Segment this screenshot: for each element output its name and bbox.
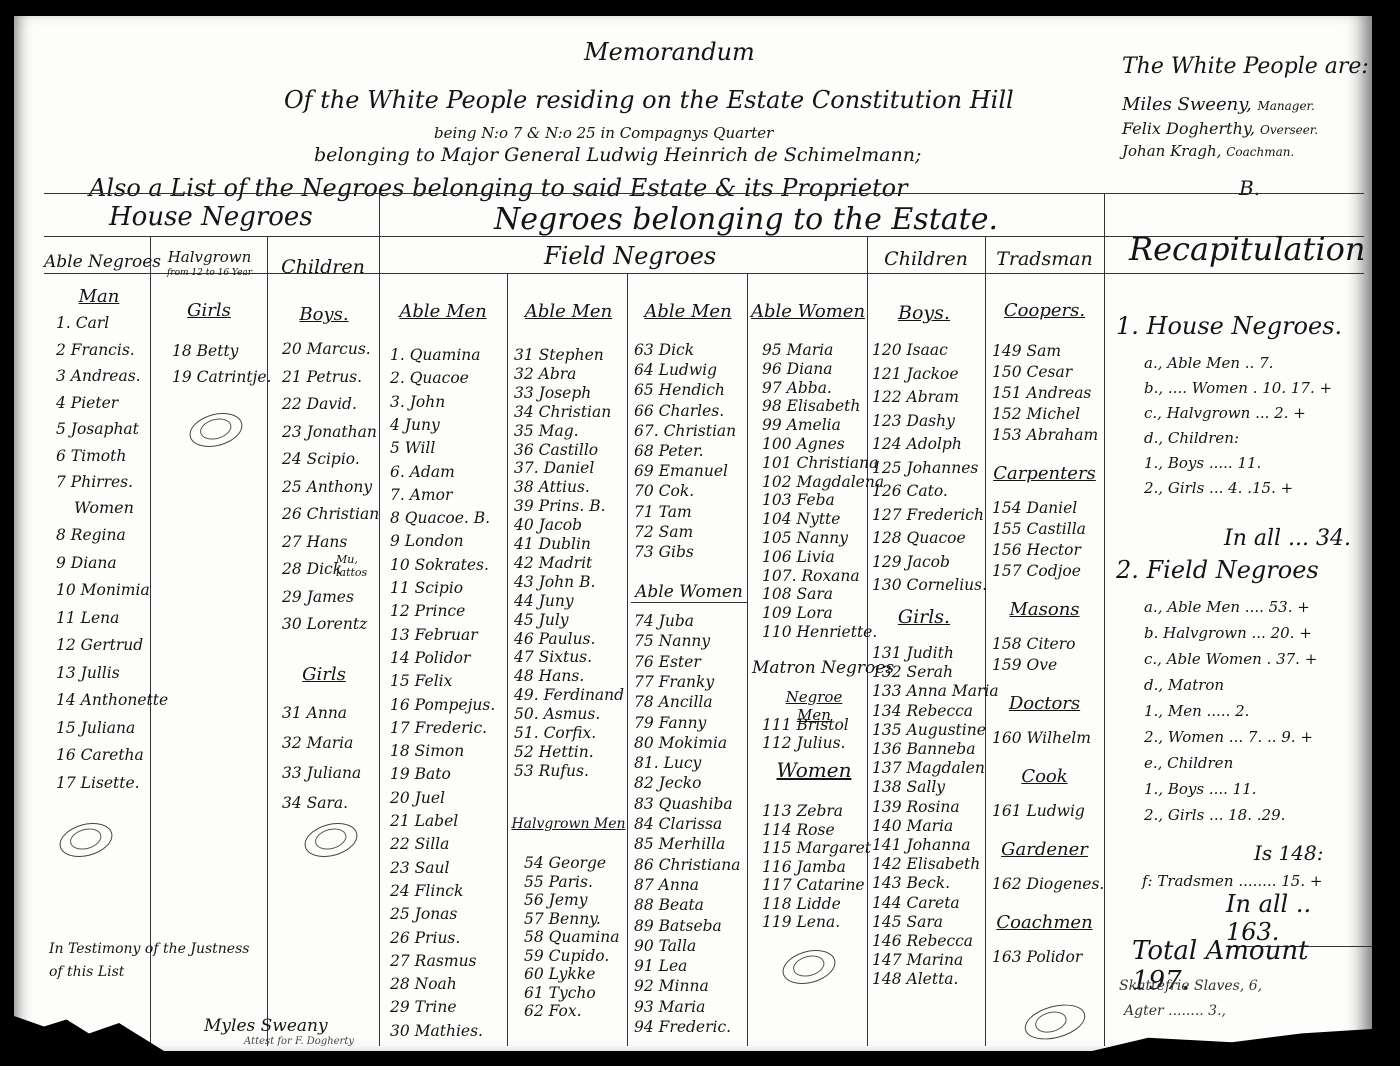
list-item: 33 Juliana (282, 766, 361, 782)
list-item: 7. Amor (390, 488, 452, 504)
list-item: 144 Careta (872, 896, 960, 912)
rule (627, 273, 628, 1046)
list-item: 98 Elisabeth (762, 399, 860, 415)
list-item: 45 July (514, 613, 569, 629)
section-tradsman: Tradsman (985, 248, 1104, 270)
list-item: 13 Jullis (56, 666, 120, 682)
list-item: 35 Mag. (514, 424, 579, 440)
recap-line: a., Able Men .. 7. (1144, 356, 1273, 371)
list-item: 20 Marcus. (282, 342, 371, 358)
list-item: 154 Daniel (992, 501, 1077, 517)
recap-house-total: In all ... 34. (1224, 526, 1351, 551)
list-item: 15 Juliana (56, 721, 135, 737)
list-item: 152 Michel (992, 407, 1080, 423)
list-item: 126 Cato. (872, 484, 948, 500)
recap-field-title: 2. Field Negroes (1116, 556, 1319, 584)
list-item: 21 Label (390, 814, 458, 830)
list-item: 36 Castillo (514, 443, 598, 459)
list-item: 79 Fanny (634, 716, 706, 732)
list-item: 34 Sara. (282, 796, 348, 812)
list-item: 74 Juba (634, 614, 694, 630)
list-item: 32 Abra (514, 367, 576, 383)
white-people-list: Miles Sweeny, Manager. Felix Dogherthy, … (1122, 94, 1318, 160)
list-item: 51. Corfix. (514, 726, 596, 742)
signature-attest: Attest for F. Dogherty (244, 1036, 354, 1047)
list-item: 108 Sara (762, 587, 833, 603)
list-item: 141 Johanna (872, 838, 971, 854)
list-item: 142 Elisabeth (872, 857, 980, 873)
rule (1104, 273, 1364, 274)
list-item: 97 Abba. (762, 381, 832, 397)
trade-group-title: Coopers. (992, 300, 1097, 321)
list-item: 5 Will (390, 441, 435, 457)
list-item: 95 Maria (762, 343, 833, 359)
list-item: 29 James (282, 590, 354, 606)
list-item: 18 Betty (172, 344, 238, 360)
subhead-estate-girls: Girls. (869, 606, 979, 628)
list-item: 104 Nytte (762, 512, 840, 528)
recap-field-total: Is 148: (1254, 841, 1323, 865)
list-item: 56 Jemy (524, 893, 588, 909)
list-item: 53 Rufus. (514, 764, 589, 780)
list-item: 14 Anthonette (56, 693, 168, 709)
col-head-halfgrown-age: from 12 to 16 Year (152, 268, 267, 278)
list-item: 101 Christiana (762, 456, 878, 472)
list-item: 125 Johannes (872, 461, 978, 477)
list-item: 113 Zebra (762, 804, 843, 820)
list-item: 72 Sam (634, 525, 693, 541)
col-head-able-men-2: Able Men (510, 301, 627, 322)
recap-house-title: 1. House Negroes. (1116, 312, 1342, 340)
white-people-title: The White People are: (1122, 54, 1369, 79)
list-item: 16 Pompejus. (390, 698, 495, 714)
list-item: 140 Maria (872, 819, 953, 835)
recap-line: d., Children: (1144, 431, 1239, 446)
list-item: 107. Roxana (762, 569, 860, 585)
list-item: 58 Quamina (524, 930, 619, 946)
list-item: 33 Joseph (514, 386, 591, 402)
list-item: 151 Andreas (992, 386, 1091, 402)
section-estate-children: Children (867, 248, 985, 270)
trade-group-title: Cook (992, 766, 1097, 787)
white-person: Miles Sweeny, Manager. (1122, 94, 1318, 115)
recap-line: 2., Girls ... 18. .29. (1144, 808, 1285, 823)
recap-tradsmen: f: Tradsmen ........ 15. + (1142, 874, 1322, 889)
list-item: 65 Hendich (634, 383, 725, 399)
list-item: 4 Pieter (56, 396, 118, 412)
list-item: 155 Castilla (992, 522, 1086, 538)
recap-note-1: Skattefrie Slaves, 6, (1119, 978, 1262, 994)
list-item: 124 Adolph (872, 437, 962, 453)
list-item: 60 Lykke (524, 967, 595, 983)
subhead-halfgrown-men: Halvgrown Men (510, 816, 627, 832)
list-item: 128 Quacoe (872, 531, 966, 547)
list-item: 160 Wilhelm (992, 731, 1091, 747)
rule (747, 273, 748, 1046)
list-item: 134 Rebecca (872, 704, 973, 720)
list-item: 26 Christian (282, 507, 379, 523)
list-item: 83 Quashiba (634, 797, 733, 813)
subhead-boys: Boys. (279, 304, 369, 325)
list-item: 68 Peter. (634, 444, 704, 460)
subhead-estate-boys: Boys. (869, 302, 979, 324)
col-head-halfgrown: Halvgrown (152, 248, 267, 266)
recap-line: 1., Men ..... 2. (1144, 704, 1249, 719)
list-item: 7 Phirres. (56, 475, 133, 491)
list-item: 10 Sokrates. (390, 558, 489, 574)
list-item: 62 Fox. (524, 1004, 582, 1020)
list-item: 4 Juny (390, 418, 440, 434)
list-item: 89 Batseba (634, 919, 722, 935)
list-item: 29 Trine (390, 1000, 457, 1016)
list-item: 64 Ludwig (634, 363, 717, 379)
list-item: 16 Caretha (56, 748, 144, 764)
rule (867, 236, 868, 1046)
list-item: 158 Citero (992, 637, 1075, 653)
list-item: 127 Frederich (872, 508, 984, 524)
recap-line: c., Halvgrown ... 2. + (1144, 406, 1306, 421)
list-item: 59 Cupido. (524, 949, 609, 965)
recap-line: e., Children (1144, 756, 1233, 771)
list-item: 28 Dick (282, 562, 342, 578)
list-item: 55 Paris. (524, 875, 593, 891)
list-item: 122 Abram (872, 390, 959, 406)
header-line-3: belonging to Major General Ludwig Heinri… (314, 144, 921, 166)
recap-line: 2., Girls ... 4. .15. + (1144, 481, 1293, 496)
list-item: 119 Lena. (762, 915, 840, 931)
flourish-mark (1021, 999, 1089, 1046)
list-item: 54 George (524, 856, 606, 872)
list-item: 118 Lidde (762, 897, 841, 913)
list-item: 28 Noah (390, 977, 457, 993)
recap-line: 1., Boys ..... 11. (1144, 456, 1261, 471)
list-item: 91 Lea (634, 959, 687, 975)
list-item: 1. Carl (56, 316, 109, 332)
section-house-negroes: House Negroes (109, 202, 313, 232)
list-item: 46 Paulus. (514, 632, 595, 648)
list-item: 47 Sixtus. (514, 650, 592, 666)
list-item: 63 Dick (634, 343, 694, 359)
document-page: Memorandum Of the White People residing … (14, 16, 1372, 1051)
mulatto-note: Mu, lattos (336, 553, 372, 579)
subhead-women: Women (769, 758, 859, 782)
list-item: 88 Beata (634, 898, 704, 914)
list-item: 11 Lena (56, 611, 119, 627)
list-item: 14 Polidor (390, 651, 470, 667)
list-item: 80 Mokimia (634, 736, 727, 752)
list-item: 17 Frederic. (390, 721, 487, 737)
list-item: 149 Sam (992, 344, 1061, 360)
rule (507, 273, 508, 1046)
list-item: 150 Cesar (992, 365, 1072, 381)
signature: Myles Sweany (204, 1016, 328, 1036)
recap-line: 2., Women ... 7. .. 9. + (1144, 730, 1313, 745)
recap-line: b. Halvgrown ... 20. + (1144, 626, 1312, 641)
section-estate-negroes: Negroes belonging to the Estate. (494, 202, 998, 237)
list-item: 49. Ferdinand (514, 688, 624, 704)
list-item: 85 Merhilla (634, 837, 725, 853)
list-item: 31 Stephen (514, 348, 604, 364)
list-item: 61 Tycho (524, 986, 596, 1002)
rule (985, 236, 986, 1046)
header-line-4: Also a List of the Negroes belonging to … (89, 174, 908, 202)
list-item: 135 Augustine (872, 723, 986, 739)
rule (1104, 193, 1105, 1046)
list-item: 6 Timoth (56, 449, 126, 465)
list-item: 131 Judith (872, 646, 954, 662)
trade-group-title: Masons (992, 599, 1097, 620)
list-item: 5 Josaphat (56, 422, 139, 438)
list-item: 27 Rasmus (390, 954, 477, 970)
list-item: 159 Ove (992, 658, 1057, 674)
list-item: 30 Mathies. (390, 1024, 483, 1040)
header-line-1: Of the White People residing on the Esta… (284, 86, 1014, 114)
flourish-mark (301, 818, 361, 863)
trade-group-title: Carpenters (992, 463, 1097, 484)
list-item: 8 Regina (56, 528, 126, 544)
list-item: 76 Ester (634, 655, 701, 671)
memorandum-title: Memorandum (584, 38, 755, 66)
list-item: 50. Asmus. (514, 707, 600, 723)
list-item: 102 Magdalena (762, 475, 884, 491)
list-item: 84 Clarissa (634, 817, 722, 833)
list-item: 42 Madrit (514, 556, 592, 572)
list-item: 2 Francis. (56, 343, 135, 359)
list-item: 109 Lora (762, 606, 833, 622)
list-item: 157 Codjoe (992, 564, 1081, 580)
list-item: 66 Charles. (634, 404, 724, 420)
list-item: 111 Bristol (762, 718, 849, 734)
list-item: 24 Scipio. (282, 452, 360, 468)
recap-line: b., .... Women . 10. 17. + (1144, 381, 1332, 396)
rule (379, 193, 380, 1046)
subhead-women: Women (74, 498, 134, 517)
list-item: 22 Silla (390, 837, 449, 853)
list-item: 100 Agnes (762, 437, 845, 453)
list-item: 11 Scipio (390, 581, 463, 597)
list-item: 75 Nanny (634, 634, 710, 650)
list-item: 156 Hector (992, 543, 1081, 559)
list-item: 143 Beck. (872, 876, 950, 892)
list-item: 129 Jacob (872, 555, 950, 571)
rule (374, 273, 1104, 274)
list-item: 136 Banneba (872, 742, 975, 758)
list-item: 43 John B. (514, 575, 595, 591)
list-item: 103 Feba (762, 493, 835, 509)
list-item: 34 Christian (514, 405, 611, 421)
col-head-house-children: Children (267, 256, 379, 278)
list-item: 32 Maria (282, 736, 353, 752)
list-item: 2. Quacoe (390, 371, 469, 387)
rule (267, 236, 268, 1046)
list-item: 133 Anna Maria (872, 684, 999, 700)
list-item: 9 London (390, 534, 464, 550)
list-item: 18 Simon (390, 744, 464, 760)
list-item: 31 Anna (282, 706, 347, 722)
recap-note-2: Agter ........ 3., (1124, 1003, 1226, 1019)
list-item: 145 Sara (872, 915, 943, 931)
list-item: 120 Isaac (872, 343, 948, 359)
list-item: 30 Lorentz (282, 617, 367, 633)
recap-line: c., Able Women . 37. + (1144, 652, 1317, 667)
list-item: 110 Henriette. (762, 625, 877, 641)
subhead-able-women: Able Women (631, 582, 747, 603)
list-item: 138 Sally (872, 780, 945, 796)
list-item: 67. Christian (634, 424, 736, 440)
list-item: 73 Gibs (634, 545, 694, 561)
list-item: 57 Benny. (524, 912, 601, 928)
list-item: 139 Rosina (872, 800, 960, 816)
recap-line: d., Matron (1144, 678, 1224, 693)
list-item: 25 Jonas (390, 907, 457, 923)
subhead-girls: Girls (164, 300, 254, 321)
list-item: 10 Monimia (56, 583, 150, 599)
white-person: Felix Dogherthy, Overseer. (1122, 119, 1318, 138)
trade-group-title: Coachmen (992, 912, 1097, 933)
list-item: 123 Dashy (872, 414, 955, 430)
trade-group-title: Gardener (992, 839, 1097, 860)
list-item: 15 Felix (390, 674, 452, 690)
list-item: 117 Catarine (762, 878, 865, 894)
list-item: 112 Julius. (762, 736, 846, 752)
list-item: 132 Serah (872, 665, 953, 681)
subhead-man: Man (54, 286, 144, 307)
list-item: 12 Gertrud (56, 638, 143, 654)
list-item: 3. John (390, 395, 445, 411)
list-item: 87 Anna (634, 878, 699, 894)
list-item: 19 Bato (390, 767, 451, 783)
list-item: 114 Rose (762, 823, 835, 839)
section-recapitulation: Recapitulation (1129, 230, 1366, 268)
list-item: 162 Diogenes. (992, 877, 1104, 893)
list-item: 39 Prins. B. (514, 499, 606, 515)
list-item: 9 Diana (56, 556, 117, 572)
list-item: 93 Maria (634, 1000, 705, 1016)
list-item: 40 Jacob (514, 518, 582, 534)
list-item: 13 Februar (390, 628, 478, 644)
col-head-able-men-3: Able Men (629, 301, 747, 322)
list-item: 106 Livia (762, 550, 835, 566)
list-item: 161 Ludwig (992, 804, 1085, 820)
trade-group-title: Doctors (992, 693, 1097, 714)
header-line-2: being N:o 7 & N:o 25 in Compagnys Quarte… (434, 124, 773, 142)
list-item: 90 Talla (634, 939, 696, 955)
list-item: 17 Lisette. (56, 776, 140, 792)
list-item: 19 Catrintje. (172, 370, 271, 386)
list-item: 12 Prince (390, 604, 465, 620)
list-item: 77 Franky (634, 675, 714, 691)
list-item: 52 Hettin. (514, 745, 594, 761)
list-item: 82 Jecko (634, 776, 701, 792)
list-item: 86 Christiana (634, 858, 740, 874)
recap-line: a., Able Men .... 53. + (1144, 600, 1310, 615)
list-item: 105 Nanny (762, 531, 848, 547)
list-item: 3 Andreas. (56, 369, 141, 385)
list-item: 116 Jamba (762, 860, 846, 876)
list-item: 21 Petrus. (282, 370, 362, 386)
list-item: 70 Cok. (634, 484, 694, 500)
list-item: 38 Attius. (514, 480, 590, 496)
list-item: 130 Cornelius. (872, 578, 987, 594)
list-item: 137 Magdalen (872, 761, 985, 777)
list-item: 22 David. (282, 397, 357, 413)
flourish-mark (186, 408, 246, 453)
col-head-able-women: Able Women (749, 301, 867, 322)
col-head-able-men-1: Able Men (382, 301, 504, 322)
list-item: 81. Lucy (634, 756, 701, 772)
white-person: Johan Kragh, Coachman. (1122, 142, 1318, 160)
list-item: 1. Quamina (390, 348, 481, 364)
list-item: 153 Abraham (992, 428, 1098, 444)
list-item: 27 Hans (282, 535, 347, 551)
flourish-mark (779, 945, 839, 990)
list-item: 24 Flinck (390, 884, 463, 900)
testimony-line-1: In Testimony of the Justness (49, 941, 249, 957)
list-item: 6. Adam (390, 465, 455, 481)
rule (150, 236, 151, 1046)
list-item: 94 Frederic. (634, 1020, 731, 1036)
list-item: 121 Jackoe (872, 367, 959, 383)
list-item: 146 Rebecca (872, 934, 973, 950)
list-item: 148 Aletta. (872, 972, 958, 988)
list-item: 20 Juel (390, 791, 445, 807)
list-item: 78 Ancilla (634, 695, 713, 711)
col-head-able-negroes: Able Negroes (44, 252, 161, 272)
list-item: 25 Anthony (282, 480, 372, 496)
list-item: 71 Tam (634, 505, 692, 521)
list-item: 69 Emanuel (634, 464, 728, 480)
list-item: 44 Juny (514, 594, 574, 610)
list-item: 23 Saul (390, 861, 449, 877)
recap-line: 1., Boys .... 11. (1144, 782, 1257, 797)
list-item: 92 Minna (634, 979, 709, 995)
rule (44, 193, 1364, 194)
flourish-mark (56, 818, 116, 863)
list-item: 8 Quacoe. B. (390, 511, 490, 527)
testimony-line-2: of this List (49, 964, 124, 980)
list-item: 163 Polidor (992, 950, 1082, 966)
section-field-negroes: Field Negroes (544, 242, 716, 270)
list-item: 99 Amelia (762, 418, 841, 434)
subhead-girls: Girls (279, 664, 369, 685)
list-item: 41 Dublin (514, 537, 591, 553)
list-item: 48 Hans. (514, 669, 584, 685)
list-item: 37. Daniel (514, 461, 594, 477)
list-item: 26 Prius. (390, 931, 460, 947)
list-item: 96 Diana (762, 362, 833, 378)
list-item: 115 Margaret (762, 841, 871, 857)
list-item: 147 Marina (872, 953, 963, 969)
list-item: 23 Jonathan (282, 425, 377, 441)
white-people-mark: B. (1239, 176, 1260, 200)
